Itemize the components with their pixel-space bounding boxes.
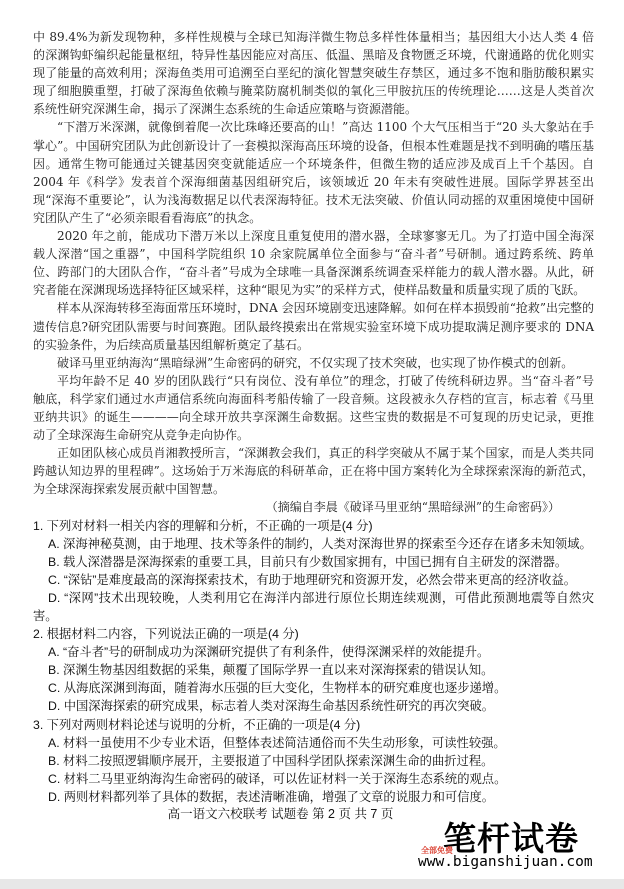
- question-option-b: B. 材料二按照逻辑顺序展开，主要报道了中国科学团队探索深渊生命的曲折过程。: [33, 752, 594, 770]
- question-1: 1. 下列对材料一相关内容的理解和分析，不正确的一项是(4 分) A. 深海神秘…: [33, 517, 594, 626]
- question-option-a: A. 材料一虽使用不少专业术语，但整体表述简洁通俗而不失生动形象，可读性较强。: [33, 734, 594, 752]
- passage-paragraph: 正如团队核心成员肖湘教授所言，“深渊教会我们，真正的科学突破从不属于某个国家，而…: [33, 444, 594, 498]
- passage-paragraph: 平均年龄不足 40 岁的团队践行“只有岗位、没有单位”的理念，打破了传统科研边界…: [33, 372, 594, 444]
- bottom-bar: [0, 879, 624, 889]
- question-option-c: C. “深钻”是难度最高的深海探索技术，有助于地理研究和资源开发，必然会带来更高…: [33, 571, 594, 589]
- passage-attribution: （摘编自李晨《破译马里亚纳“黑暗绿洲”的生命密码》）: [33, 498, 594, 516]
- question-stem: 1. 下列对材料一相关内容的理解和分析，不正确的一项是(4 分): [33, 517, 594, 535]
- exam-page: 中 89.4%为新发现物种，多样性规模与全球已知海洋微生物总多样性体量相当；基因…: [33, 28, 594, 806]
- question-stem: 2. 根据材料二内容，下列说法正确的一项是(4 分): [33, 625, 594, 643]
- passage-paragraph: 破译马里亚纳海沟“黑暗绿洲”生命密码的研究，不仅实现了技术突破，也实现了协作模式…: [33, 354, 594, 372]
- question-stem: 3. 下列对两则材料论述与说明的分析，不正确的一项是(4 分): [33, 716, 594, 734]
- passage-paragraph: 中 89.4%为新发现物种，多样性规模与全球已知海洋微生物总多样性体量相当；基因…: [33, 28, 594, 118]
- passage-paragraph: 2020 年之前，能成功下潜万米以上深度且重复使用的潜水器，全球寥寥无几。为了打…: [33, 227, 594, 299]
- question-3: 3. 下列对两则材料论述与说明的分析，不正确的一项是(4 分) A. 材料一虽使…: [33, 716, 594, 806]
- question-option-b: B. 载人深潜器是深海探索的重要工具，目前只有少数国家拥有，中国已拥有自主研发的…: [33, 553, 594, 571]
- questions-section: 1. 下列对材料一相关内容的理解和分析，不正确的一项是(4 分) A. 深海神秘…: [33, 517, 594, 807]
- question-2: 2. 根据材料二内容，下列说法正确的一项是(4 分) A. “奋斗者”号的研制成…: [33, 625, 594, 715]
- question-option-b: B. 深渊生物基因组数据的采集，颠覆了国际学界一直以来对深海探索的错误认知。: [33, 661, 594, 679]
- question-option-c: C. 从海底深渊到海面，随着海水压强的巨大变化，生物样本的研究难度也逐步递增。: [33, 679, 594, 697]
- question-option-d: D. 中国深海探索的研究成果，标志着人类对深海生命基因系统性研究的再次突破。: [33, 697, 594, 715]
- watermark-url: www.biganshijuan.com: [418, 854, 593, 870]
- reading-passage: 中 89.4%为新发现物种，多样性规模与全球已知海洋微生物总多样性体量相当；基因…: [33, 28, 594, 517]
- question-option-a: A. “奋斗者”号的研制成功为深渊研究提供了有利条件，使得深渊采样的效能提升。: [33, 643, 594, 661]
- passage-paragraph: 样本从深海转移至海面常压环境时，DNA 会因环境剧变迅速降解。如何在样本损毁前“…: [33, 299, 594, 353]
- question-option-d: D. “深网”技术出现较晚，人类利用它在海洋内部进行原位长期连续观测，可借此预测…: [33, 589, 594, 625]
- passage-paragraph: “下潜万米深渊，就像倒着爬一次比珠峰还要高的山！”高达 1100 个大气压相当于…: [33, 118, 594, 227]
- question-option-a: A. 深海神秘莫测，由于地理、技术等条件的制约，人类对深海世界的探索至今还存在诸…: [33, 535, 594, 553]
- watermark-brand: 笔杆试卷: [443, 813, 579, 860]
- question-option-c: C. 材料二马里亚纳海沟生命密码的破译，可以佐证材料一关于深海生态系统的观点。: [33, 770, 594, 788]
